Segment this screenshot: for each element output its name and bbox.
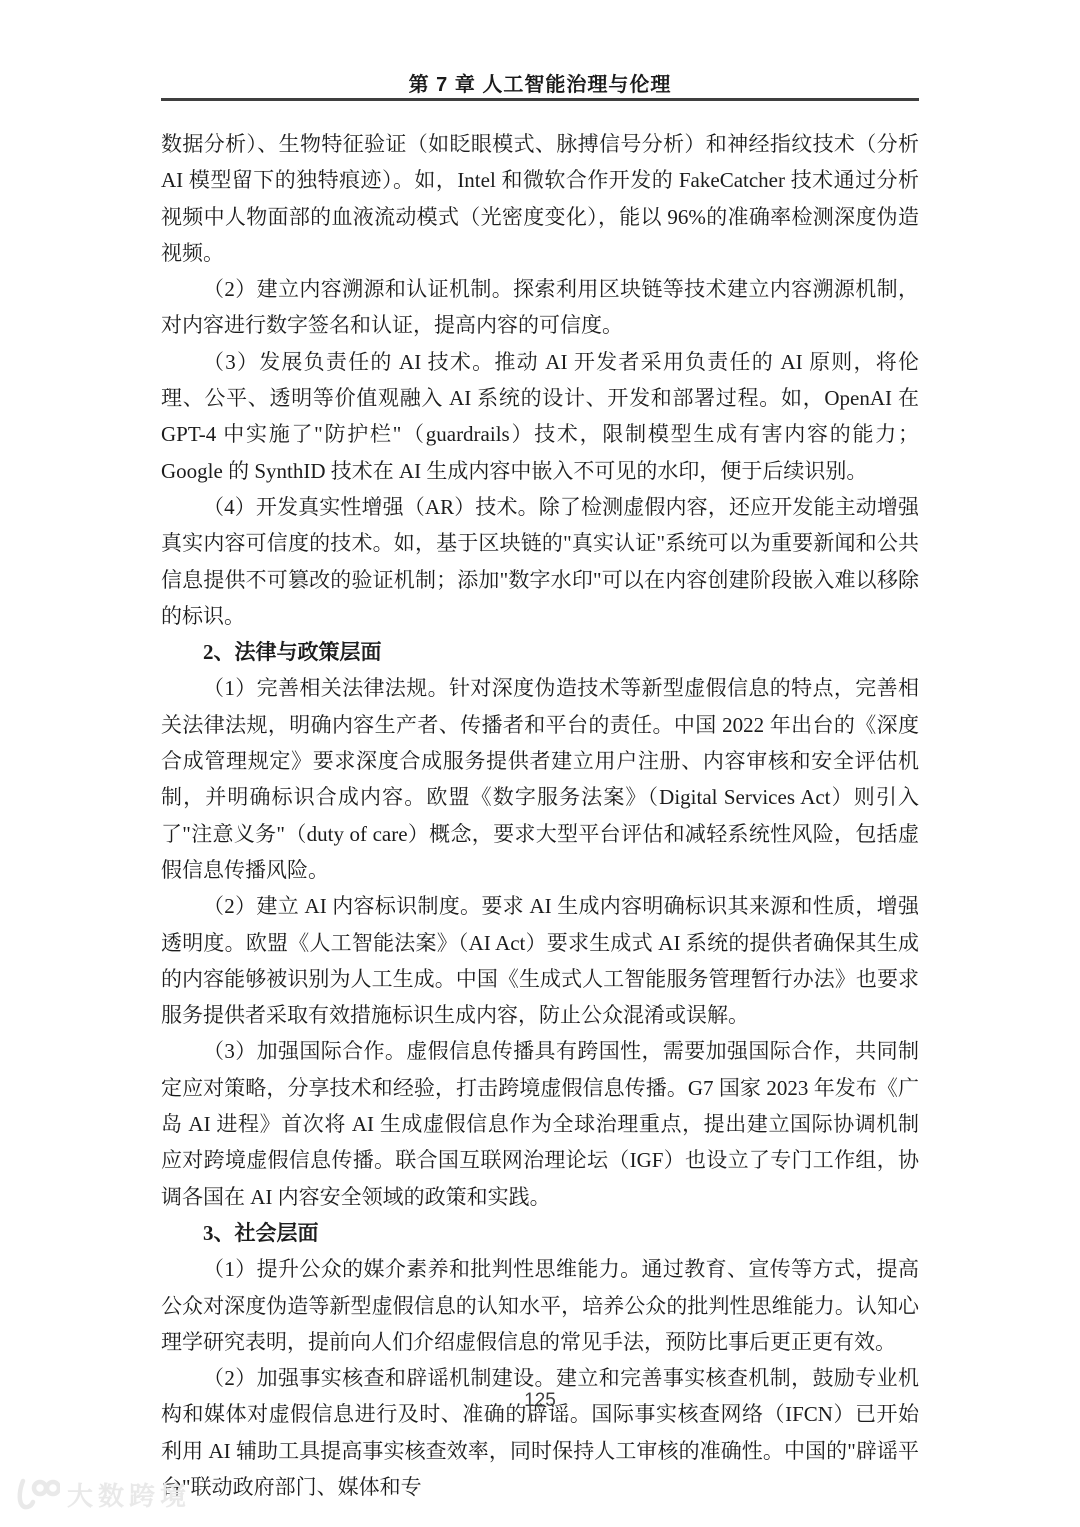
paragraph: （2）加强事实核查和辟谣机制建设。建立和完善事实核查机制，鼓励专业机构和媒体对虚… <box>161 1360 919 1505</box>
brand-text: 大数跨境 <box>67 1476 191 1513</box>
paragraph: （2）建立 AI 内容标识制度。要求 AI 生成内容明确标识其来源和性质，增强透… <box>161 888 919 1033</box>
page-number: 125 <box>0 1390 1080 1412</box>
watermark: 大数跨境 <box>12 1476 191 1513</box>
header-divider <box>161 98 919 101</box>
paragraph: （1）提升公众的媒介素养和批判性思维能力。通过教育、宣传等方式，提高公众对深度伪… <box>161 1251 919 1360</box>
paragraph: （2）建立内容溯源和认证机制。探索利用区块链等技术建立内容溯源机制，对内容进行数… <box>161 271 919 344</box>
paragraph: （4）开发真实性增强（AR）技术。除了检测虚假内容，还应开发能主动增强真实内容可… <box>161 489 919 634</box>
chapter-header-title: 第 7 章 人工智能治理与伦理 <box>0 68 1080 97</box>
brand-100-logo-icon <box>12 1477 60 1513</box>
document-body: 数据分析）、生物特征验证（如眨眼模式、脉搏信号分析）和神经指纹技术（分析 AI … <box>161 126 919 1505</box>
paragraph: （3）加强国际合作。虚假信息传播具有跨国性，需要加强国际合作，共同制定应对策略，… <box>161 1033 919 1214</box>
paragraph: （3）发展负责任的 AI 技术。推动 AI 开发者采用负责任的 AI 原则，将伦… <box>161 344 919 489</box>
document-page: 第 7 章 人工智能治理与伦理 数据分析）、生物特征验证（如眨眼模式、脉搏信号分… <box>0 0 1080 1527</box>
paragraph: （1）完善相关法律法规。针对深度伪造技术等新型虚假信息的特点，完善相关法律法规，… <box>161 670 919 888</box>
section-heading: 3、社会层面 <box>161 1215 919 1251</box>
paragraph: 数据分析）、生物特征验证（如眨眼模式、脉搏信号分析）和神经指纹技术（分析 AI … <box>161 126 919 271</box>
section-heading: 2、法律与政策层面 <box>161 634 919 670</box>
